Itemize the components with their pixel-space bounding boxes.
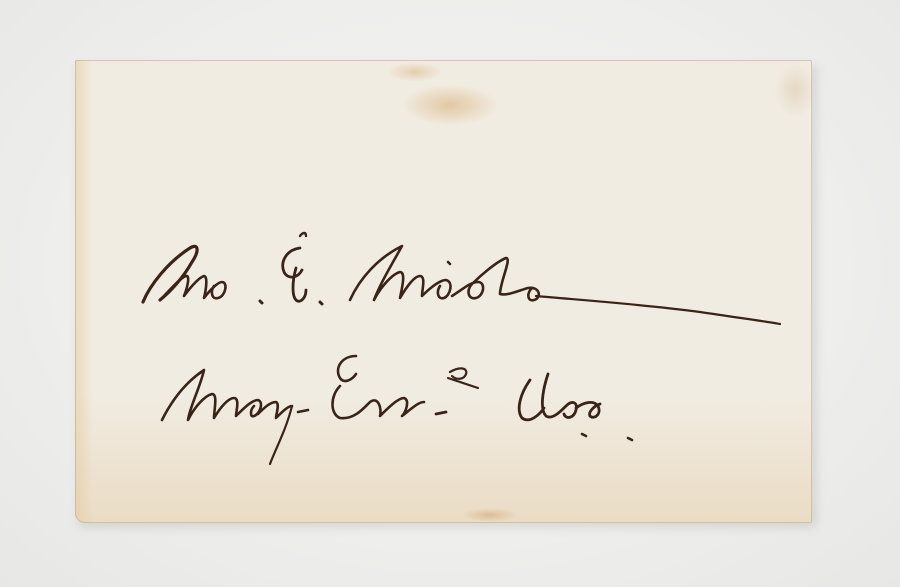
signature-line-1 — [143, 233, 780, 324]
signature-line-2 — [162, 356, 632, 464]
signature-ink — [0, 0, 900, 587]
